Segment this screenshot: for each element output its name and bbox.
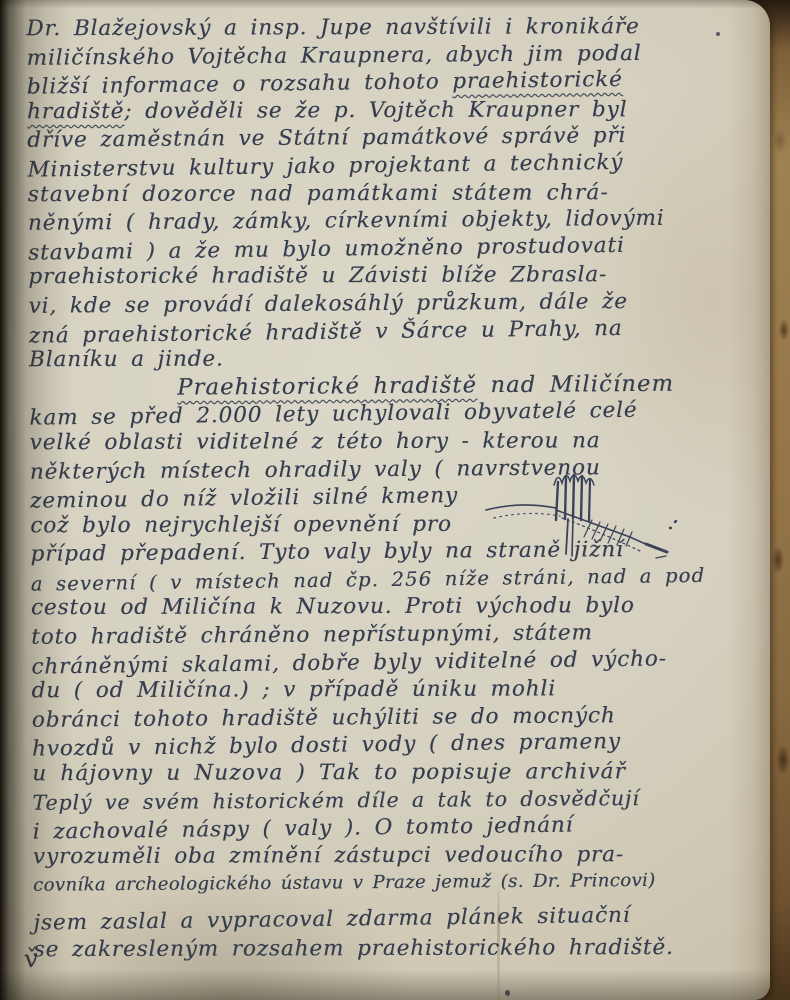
line-text: bližší informace o rozsahu tohoto [27, 69, 453, 100]
handwritten-line: velké oblasti viditelné z této hory - kt… [30, 427, 744, 457]
handwritten-line: cestou od Miličína k Nuzovu. Proti výcho… [31, 592, 745, 622]
line-text: ; dověděli se že p. Vojtěch Kraupner byl [124, 97, 627, 124]
handwritten-line: jsem zaslal a vypracoval zdarma plánek s… [33, 900, 747, 937]
handwritten-line: Dr. Blažejovský a insp. Jupe navštívili … [26, 13, 740, 43]
underlined-heading: Praehistorické hradiště [177, 372, 477, 400]
handwritten-text-block: Dr. Blažejovský a insp. Jupe navštívili … [26, 11, 747, 965]
handwritten-line: což bylo nejrychlejší opevnění pro [30, 509, 744, 539]
handwritten-line: vyrozuměli oba zmínění zástupci vedoucíh… [33, 841, 747, 871]
handwritten-line: u hájovny u Nuzova ) Tak to popisuje arc… [32, 758, 746, 788]
underlined-word: hradiště [27, 99, 124, 124]
handwritten-line: stavební dozorce nad památkami státem ch… [28, 178, 742, 208]
handwritten-line: covníka archeologického ústavu v Praze j… [33, 867, 747, 900]
line-text: nad Miličínem [477, 370, 674, 398]
handwritten-line: du ( od Miličína.) ; v případě úniku moh… [32, 675, 746, 705]
handwritten-line: praehistorické hradiště u Závisti blíže … [28, 261, 742, 291]
handwritten-line: Blaníku a jinde. [29, 344, 743, 374]
handwritten-line: hradiště; dověděli se že p. Vojtěch Krau… [27, 96, 741, 126]
underlined-word: praehistorické [452, 67, 623, 94]
handwritten-line: se zakresleným rozsahem praehistorického… [34, 933, 748, 963]
chronicle-page: Dr. Blažejovský a insp. Jupe navštívili … [0, 0, 770, 1000]
ink-speck [505, 990, 510, 996]
